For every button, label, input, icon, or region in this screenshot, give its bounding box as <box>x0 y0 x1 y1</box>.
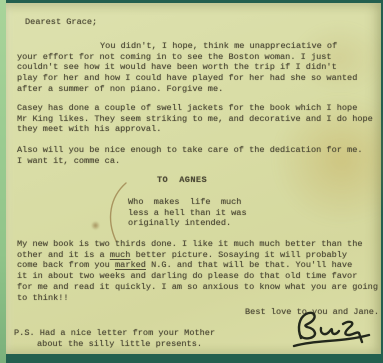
paragraph-2: Casey has done a couple of swell jackets… <box>17 103 373 135</box>
paper-stain-spot <box>91 221 100 230</box>
underlined-word: marked <box>115 260 146 270</box>
salutation: Dearest Grace; <box>25 17 97 28</box>
letter-line: couldn't see how it would have been wort… <box>17 62 357 73</box>
letter-line: it in about two weeks and darling do ple… <box>17 271 378 282</box>
paragraph-3: Also will you be nice enough to take car… <box>17 145 363 166</box>
line-segment: N.G. and that will be that. You'll have <box>146 260 352 270</box>
paragraph-4: My new book is two thirds done. I like i… <box>17 239 378 303</box>
letter-line: play for her and how I could have played… <box>17 73 357 84</box>
paragraph-1: You didn't, I hope, think me unappreciat… <box>17 41 357 95</box>
letter-line: My new book is two thirds done. I like i… <box>17 239 378 250</box>
signature-autograph <box>285 310 380 354</box>
letter-line: your effort for not coming in to see the… <box>17 52 357 63</box>
letter-photo: Dearest Grace; You didn't, I hope, think… <box>0 0 383 363</box>
dedication-heading: TO AGNES <box>157 175 207 186</box>
line-segment: better picture. Sosaying it will probabl… <box>130 250 347 260</box>
dedication-heading-text: TO AGNES <box>157 175 207 186</box>
letter-line: Also will you be nice enough to take car… <box>17 145 363 156</box>
line-segment: other and it is a <box>17 250 110 260</box>
letter-line: You didn't, I hope, think me unappreciat… <box>17 41 357 52</box>
postscript-line: P.S. Had a nice letter from your Mother <box>14 328 215 339</box>
letter-line: for me and read it quickly. I am so anxi… <box>17 282 378 293</box>
letter-line: other and it is a much better picture. S… <box>17 250 378 261</box>
dedication-quote: Who makes life much less a hell than it … <box>128 197 247 229</box>
letter-line: after a summer of non piano. Forgive me. <box>17 84 357 95</box>
letter-paper: Dearest Grace; You didn't, I hope, think… <box>6 3 381 354</box>
salutation-line: Dearest Grace; <box>25 17 97 28</box>
quote-line: less a hell than it was <box>128 208 247 219</box>
letter-line: Casey has done a couple of swell jackets… <box>17 103 373 114</box>
postscript: P.S. Had a nice letter from your Mother … <box>14 328 215 349</box>
letter-line: they meet with his approval. <box>17 124 373 135</box>
letter-line: Mr King likes. They seem striking to me,… <box>17 114 373 125</box>
line-segment: come back from you <box>17 260 115 270</box>
postscript-line: about the silly little presents. <box>14 339 215 350</box>
letter-line: come back from you marked N.G. and that … <box>17 260 378 271</box>
underlined-word: much <box>110 250 131 260</box>
quote-line: originally intended. <box>128 218 247 229</box>
letter-line: I want it, comme ca. <box>17 156 363 167</box>
letter-line: to think!! <box>17 293 378 304</box>
quote-line: Who makes life much <box>128 197 247 208</box>
